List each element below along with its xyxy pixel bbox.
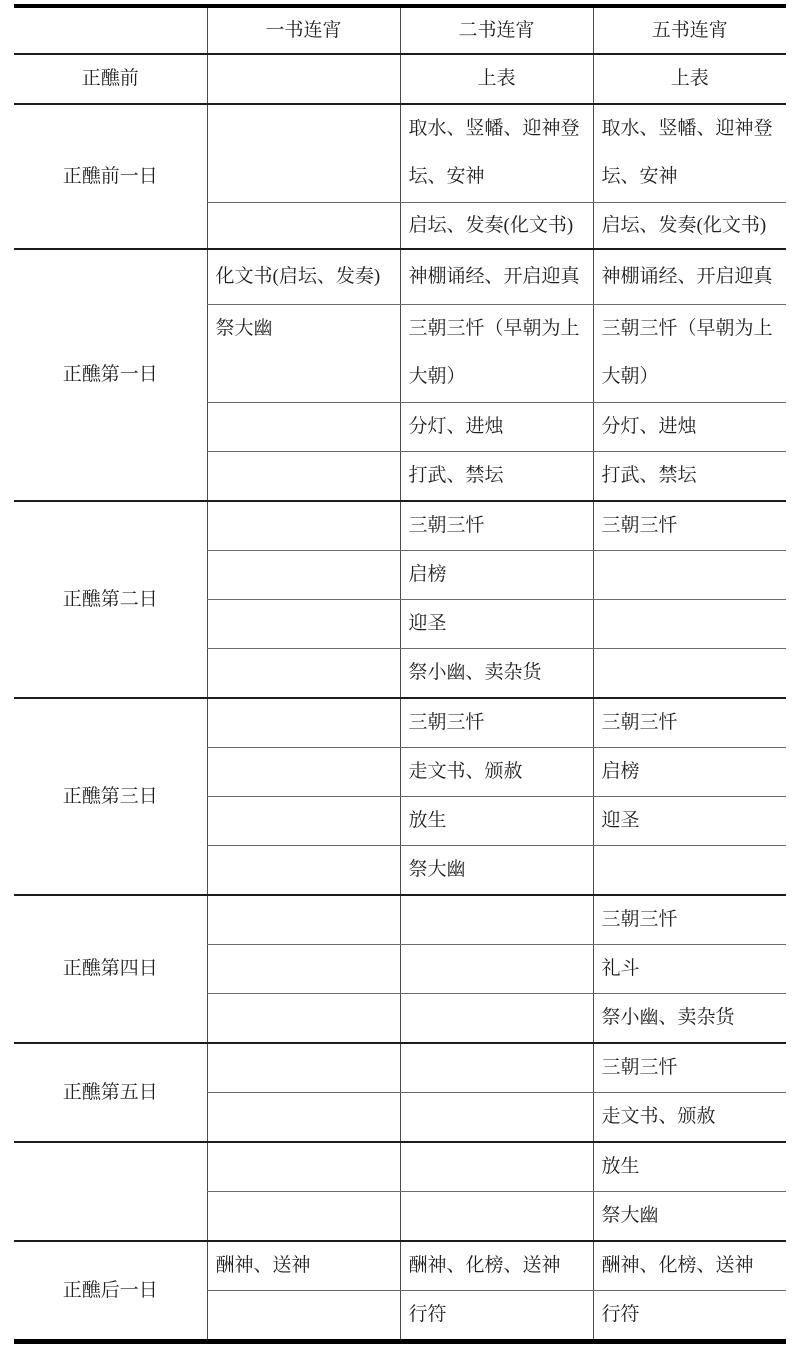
table-cell: 上表 bbox=[593, 54, 786, 104]
table-cell bbox=[207, 1192, 400, 1242]
table-cell: 祭大幽 bbox=[400, 846, 593, 896]
table-cell: 取水、竖幡、迎神登坛、安神 bbox=[593, 104, 786, 203]
table-cell: 启坛、发奏(化文书) bbox=[593, 203, 786, 250]
table-cell: 三朝三忏 bbox=[593, 895, 786, 945]
table-cell bbox=[400, 945, 593, 994]
table-cell: 神棚诵经、开启迎真 bbox=[400, 249, 593, 305]
table-cell: 分灯、进烛 bbox=[400, 403, 593, 452]
table-cell: 迎圣 bbox=[400, 600, 593, 649]
table-row: 正醮第四日 三朝三忏 bbox=[14, 895, 786, 945]
table-cell bbox=[207, 698, 400, 748]
table-cell: 打武、禁坛 bbox=[400, 452, 593, 502]
table-cell bbox=[593, 600, 786, 649]
table-cell: 三朝三忏（早朝为上大朝） bbox=[593, 305, 786, 403]
table-cell bbox=[400, 895, 593, 945]
table-cell bbox=[207, 748, 400, 797]
table-cell: 祭大幽 bbox=[207, 305, 400, 403]
table-cell bbox=[593, 551, 786, 600]
table-cell bbox=[593, 649, 786, 699]
table-cell: 酬神、化榜、送神 bbox=[400, 1241, 593, 1291]
table-cell bbox=[400, 1093, 593, 1143]
table-cell bbox=[400, 1192, 593, 1242]
table-row: 正醮后一日 酬神、送神 酬神、化榜、送神 酬神、化榜、送神 bbox=[14, 1241, 786, 1291]
table-cell bbox=[207, 501, 400, 551]
table-cell: 祭大幽 bbox=[593, 1192, 786, 1242]
day-label: 正醮后一日 bbox=[14, 1241, 207, 1342]
day-label: 正醮第四日 bbox=[14, 895, 207, 1043]
table-cell bbox=[207, 649, 400, 699]
table-cell: 酬神、化榜、送神 bbox=[593, 1241, 786, 1291]
table-cell: 酬神、送神 bbox=[207, 1241, 400, 1291]
table-row: 正醮第二日 三朝三忏 三朝三忏 bbox=[14, 501, 786, 551]
table-cell bbox=[207, 104, 400, 203]
table-cell bbox=[207, 551, 400, 600]
day-label: 正醮前 bbox=[14, 54, 207, 104]
table-cell: 祭小幽、卖杂货 bbox=[593, 994, 786, 1044]
table-cell: 化文书(启坛、发奏) bbox=[207, 249, 400, 305]
table-cell: 放生 bbox=[400, 797, 593, 846]
day-label: 正醮前一日 bbox=[14, 104, 207, 249]
table-cell bbox=[207, 895, 400, 945]
table-cell: 分灯、进烛 bbox=[593, 403, 786, 452]
table-row: 正醮前 上表 上表 bbox=[14, 54, 786, 104]
table-cell: 打武、禁坛 bbox=[593, 452, 786, 502]
table-cell: 三朝三忏 bbox=[593, 698, 786, 748]
day-label bbox=[14, 1142, 207, 1241]
table-cell: 行符 bbox=[400, 1291, 593, 1342]
header-row: 一书连宵 二书连宵 五书连宵 bbox=[14, 6, 786, 54]
table-cell: 三朝三忏 bbox=[593, 1043, 786, 1093]
table-cell bbox=[207, 452, 400, 502]
table-cell: 上表 bbox=[400, 54, 593, 104]
table-cell bbox=[207, 1291, 400, 1342]
table-cell bbox=[207, 994, 400, 1044]
table-cell bbox=[207, 403, 400, 452]
day-label: 正醮第三日 bbox=[14, 698, 207, 895]
table-row: 正醮第三日 三朝三忏 三朝三忏 bbox=[14, 698, 786, 748]
table-cell bbox=[207, 1043, 400, 1093]
table-cell bbox=[400, 1142, 593, 1192]
table-cell bbox=[207, 1142, 400, 1192]
table-cell bbox=[207, 945, 400, 994]
column-header-one-book: 一书连宵 bbox=[207, 6, 400, 54]
table-cell bbox=[207, 846, 400, 896]
day-label: 正醮第一日 bbox=[14, 249, 207, 501]
jiao-ritual-schedule-table: 一书连宵 二书连宵 五书连宵 正醮前 上表 上表 正醮前一日 取水、竖幡、迎神登… bbox=[14, 4, 786, 1344]
table-cell: 三朝三忏 bbox=[593, 501, 786, 551]
table-cell: 启榜 bbox=[400, 551, 593, 600]
column-header-five-book: 五书连宵 bbox=[593, 6, 786, 54]
table-cell bbox=[207, 600, 400, 649]
column-header-day bbox=[14, 6, 207, 54]
table-cell: 走文书、颁赦 bbox=[593, 1093, 786, 1143]
table-cell: 祭小幽、卖杂货 bbox=[400, 649, 593, 699]
table-row: 正醮前一日 取水、竖幡、迎神登坛、安神 取水、竖幡、迎神登坛、安神 bbox=[14, 104, 786, 203]
table-cell bbox=[207, 1093, 400, 1143]
table-cell: 启坛、发奏(化文书) bbox=[400, 203, 593, 250]
table-cell bbox=[593, 846, 786, 896]
table-cell bbox=[207, 797, 400, 846]
table-cell: 行符 bbox=[593, 1291, 786, 1342]
table-cell: 三朝三忏 bbox=[400, 501, 593, 551]
table-cell: 走文书、颁赦 bbox=[400, 748, 593, 797]
table-cell: 迎圣 bbox=[593, 797, 786, 846]
table-cell: 放生 bbox=[593, 1142, 786, 1192]
column-header-two-book: 二书连宵 bbox=[400, 6, 593, 54]
table-cell: 礼斗 bbox=[593, 945, 786, 994]
table-row: 正醮第一日 化文书(启坛、发奏) 神棚诵经、开启迎真 神棚诵经、开启迎真 bbox=[14, 249, 786, 305]
table-cell: 三朝三忏 bbox=[400, 698, 593, 748]
table-cell: 神棚诵经、开启迎真 bbox=[593, 249, 786, 305]
table-row: 正醮第五日 三朝三忏 bbox=[14, 1043, 786, 1093]
table-cell bbox=[400, 1043, 593, 1093]
table-cell bbox=[207, 203, 400, 250]
table-row: 放生 bbox=[14, 1142, 786, 1192]
day-label: 正醮第二日 bbox=[14, 501, 207, 698]
table-cell: 三朝三忏（早朝为上大朝） bbox=[400, 305, 593, 403]
table-cell: 取水、竖幡、迎神登坛、安神 bbox=[400, 104, 593, 203]
day-label: 正醮第五日 bbox=[14, 1043, 207, 1142]
scanned-book-page: 一书连宵 二书连宵 五书连宵 正醮前 上表 上表 正醮前一日 取水、竖幡、迎神登… bbox=[0, 0, 799, 1356]
table-cell bbox=[400, 994, 593, 1044]
table-cell: 启榜 bbox=[593, 748, 786, 797]
table-cell bbox=[207, 54, 400, 104]
